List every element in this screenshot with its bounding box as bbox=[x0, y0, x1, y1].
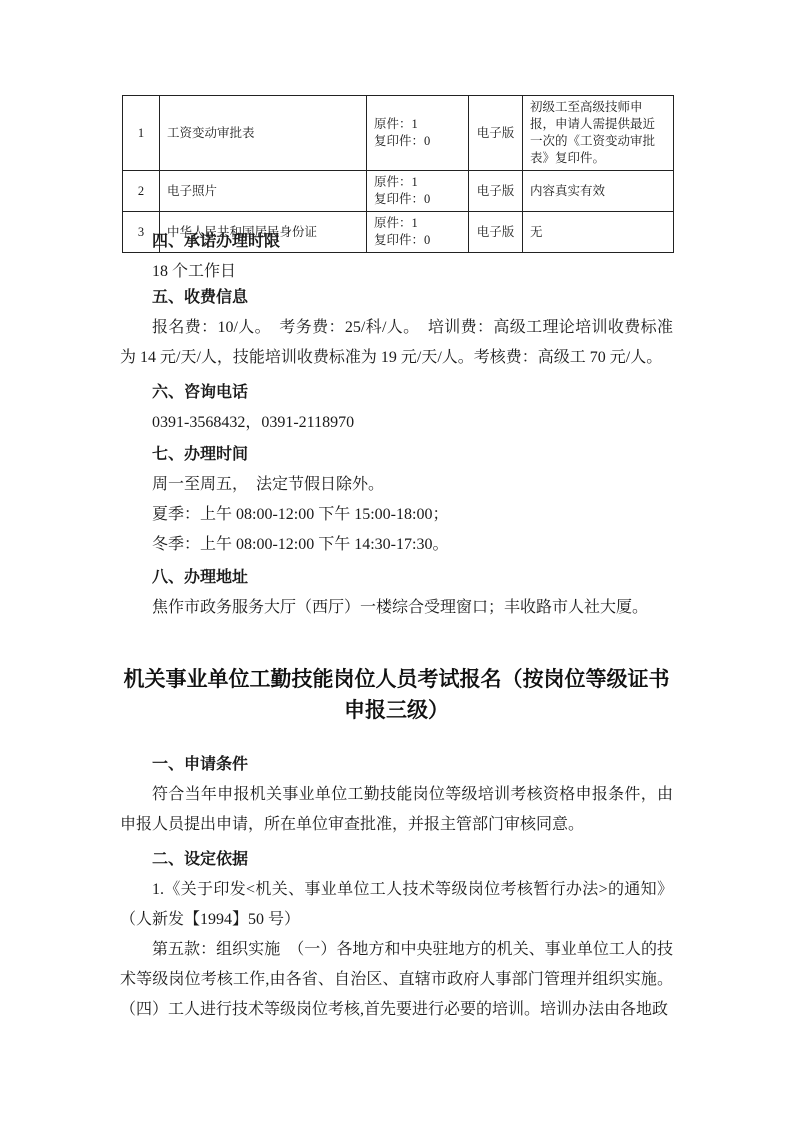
table-row: 2 电子照片 原件：1 复印件：0 电子版 内容真实有效 bbox=[123, 171, 674, 212]
section-office-hours: 七、办理时间 周一至周五， 法定节假日除外。 夏季：上午 08:00-12:00… bbox=[120, 440, 673, 560]
copies-count: 复印件：0 bbox=[374, 133, 461, 150]
section-fees: 五、收费信息 报名费：10/人。 考务费：25/科/人。 培训费：高级工理论培训… bbox=[120, 283, 673, 373]
paragraph: 焦作市政务服务大厅（西厅）一楼综合受理窗口；丰收路市人社大厦。 bbox=[120, 593, 673, 623]
material-name: 工资变动审批表 bbox=[160, 96, 367, 171]
counts-cell: 原件：1 复印件：0 bbox=[367, 171, 469, 212]
section-application-conditions: 一、申请条件 符合当年申报机关事业单位工勤技能岗位等级培训考核资格申报条件，由申… bbox=[120, 750, 673, 840]
section-time-limit: 四、承诺办理时限 18 个工作日 bbox=[120, 227, 673, 287]
section-phone: 六、咨询电话 0391-3568432，0391-2118970 bbox=[120, 378, 673, 438]
section-heading: 六、咨询电话 bbox=[120, 378, 673, 408]
section-heading: 八、办理地址 bbox=[120, 563, 673, 593]
remark-cell: 初级工至高级技师申报，申请人需提供最近一次的《工资变动审批表》复印件。 bbox=[523, 96, 674, 171]
paragraph: 1.《关于印发<机关、事业单位工人技术等级岗位考核暂行办法>的通知》（人新发【1… bbox=[120, 875, 673, 935]
document-page: 1 工资变动审批表 原件：1 复印件：0 电子版 初级工至高级技师申报，申请人需… bbox=[0, 0, 793, 1122]
document-title-line2: 申报三级） bbox=[110, 695, 683, 726]
remark-cell: 内容真实有效 bbox=[523, 171, 674, 212]
paragraph: 符合当年申报机关事业单位工勤技能岗位等级培训考核资格申报条件，由申报人员提出申请… bbox=[120, 780, 673, 840]
paragraph: 冬季：上午 08:00-12:00 下午 14:30-17:30。 bbox=[120, 530, 673, 560]
section-legal-basis: 二、设定依据 1.《关于印发<机关、事业单位工人技术等级岗位考核暂行办法>的通知… bbox=[120, 845, 673, 1025]
paragraph: 周一至周五， 法定节假日除外。 bbox=[120, 470, 673, 500]
document-title-line1: 机关事业单位工勤技能岗位人员考试报名（按岗位等级证书 bbox=[110, 664, 683, 695]
section-heading: 四、承诺办理时限 bbox=[120, 227, 673, 257]
section-heading: 七、办理时间 bbox=[120, 440, 673, 470]
material-name: 电子照片 bbox=[160, 171, 367, 212]
format-cell: 电子版 bbox=[469, 171, 523, 212]
section-heading: 一、申请条件 bbox=[120, 750, 673, 780]
counts-cell: 原件：1 复印件：0 bbox=[367, 96, 469, 171]
row-number: 1 bbox=[123, 96, 160, 171]
paragraph: 第五款：组织实施 （一）各地方和中央驻地方的机关、事业单位工人的技术等级岗位考核… bbox=[120, 935, 673, 1025]
paragraph: 报名费：10/人。 考务费：25/科/人。 培训费：高级工理论培训收费标准为 1… bbox=[120, 313, 673, 373]
section-address: 八、办理地址 焦作市政务服务大厅（西厅）一楼综合受理窗口；丰收路市人社大厦。 bbox=[120, 563, 673, 623]
table-row: 1 工资变动审批表 原件：1 复印件：0 电子版 初级工至高级技师申报，申请人需… bbox=[123, 96, 674, 171]
copies-count: 复印件：0 bbox=[374, 191, 461, 208]
section-heading: 二、设定依据 bbox=[120, 845, 673, 875]
originals-count: 原件：1 bbox=[374, 174, 461, 191]
row-number: 2 bbox=[123, 171, 160, 212]
paragraph: 夏季：上午 08:00-12:00 下午 15:00-18:00； bbox=[120, 500, 673, 530]
format-cell: 电子版 bbox=[469, 96, 523, 171]
originals-count: 原件：1 bbox=[374, 116, 461, 133]
document-title: 机关事业单位工勤技能岗位人员考试报名（按岗位等级证书 申报三级） bbox=[110, 664, 683, 726]
phone-numbers: 0391-3568432，0391-2118970 bbox=[120, 408, 673, 438]
section-heading: 五、收费信息 bbox=[120, 283, 673, 313]
